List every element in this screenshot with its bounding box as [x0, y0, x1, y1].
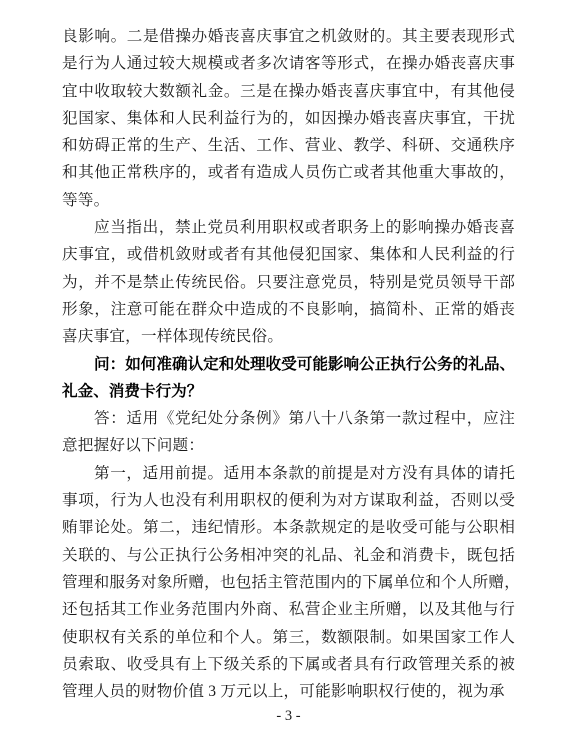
document-body: 良影响。二是借操办婚丧喜庆事宜之机敛财的。其主要表现形式是行为人通过较大规模或者… — [62, 23, 515, 705]
text-line: 庆事宜，或借机敛财或者有其他侵犯国家、集体和人民利益的行 — [62, 241, 515, 268]
text-line: 犯国家、集体和人民利益行为的，如因操办婚丧喜庆事宜，干扰 — [62, 105, 515, 132]
text-line: 第一，适用前提。适用本条款的前提是对方没有具体的请托 — [62, 460, 515, 487]
page-number: - 3 - — [62, 706, 515, 726]
body-paragraph: 第一，适用前提。适用本条款的前提是对方没有具体的请托事项，行为人也没有利用职权的… — [62, 460, 515, 706]
text-line: 还包括其工作业务范围内外商、私营企业主所赠，以及其他与行 — [62, 596, 515, 623]
text-line: 问：如何准确认定和处理收受可能影响公正执行公务的礼品、 — [62, 351, 515, 378]
text-line: 形象，注意可能在群众中造成的不良影响，搞简朴、正常的婚丧 — [62, 296, 515, 323]
text-line: 意把握好以下问题： — [62, 432, 515, 459]
text-line: 员索取、收受具有上下级关系的下属或者具有行政管理关系的被 — [62, 651, 515, 678]
body-paragraph: 应当指出，禁止党员利用职权或者职务上的影响操办婚丧喜庆事宜，或借机敛财或者有其他… — [62, 214, 515, 350]
text-line: 关联的、与公正执行公务相冲突的礼品、礼金和消费卡，既包括 — [62, 542, 515, 569]
text-line: 是行为人通过较大规模或者多次请客等形式，在操办婚丧喜庆事 — [62, 50, 515, 77]
text-line: 宜中收取较大数额礼金。三是在操办婚丧喜庆事宜中，有其他侵 — [62, 78, 515, 105]
text-line: 应当指出，禁止党员利用职权或者职务上的影响操办婚丧喜 — [62, 214, 515, 241]
document-page: 良影响。二是借操办婚丧喜庆事宜之机敛财的。其主要表现形式是行为人通过较大规模或者… — [0, 0, 577, 731]
text-line: 等等。 — [62, 187, 515, 214]
text-line: 礼金、消费卡行为？ — [62, 378, 515, 405]
body-paragraph: 答：适用《党纪处分条例》第八十八条第一款过程中，应注意把握好以下问题： — [62, 405, 515, 460]
text-line: 使职权有关系的单位和个人。第三，数额限制。如果国家工作人 — [62, 624, 515, 651]
text-line: 管理人员的财物价值 3 万元以上，可能影响职权行使的，视为承 — [62, 678, 515, 705]
body-paragraph: 良影响。二是借操办婚丧喜庆事宜之机敛财的。其主要表现形式是行为人通过较大规模或者… — [62, 23, 515, 214]
question-paragraph: 问：如何准确认定和处理收受可能影响公正执行公务的礼品、礼金、消费卡行为？ — [62, 351, 515, 406]
text-line: 事项，行为人也没有利用职权的便利为对方谋取利益，否则以受 — [62, 487, 515, 514]
text-line: 喜庆事宜，一样体现传统民俗。 — [62, 323, 515, 350]
text-line: 和妨碍正常的生产、生活、工作、营业、教学、科研、交通秩序 — [62, 132, 515, 159]
text-line: 管理和服务对象所赠，也包括主管范围内的下属单位和个人所赠， — [62, 569, 515, 596]
text-line: 良影响。二是借操办婚丧喜庆事宜之机敛财的。其主要表现形式 — [62, 23, 515, 50]
text-line: 答：适用《党纪处分条例》第八十八条第一款过程中，应注 — [62, 405, 515, 432]
text-line: 贿罪论处。第二，违纪情形。本条款规定的是收受可能与公职相 — [62, 514, 515, 541]
text-line: 为，并不是禁止传统民俗。只要注意党员，特别是党员领导干部 — [62, 269, 515, 296]
text-line: 和其他正常秩序的，或者有造成人员伤亡或者其他重大事故的， — [62, 159, 515, 186]
